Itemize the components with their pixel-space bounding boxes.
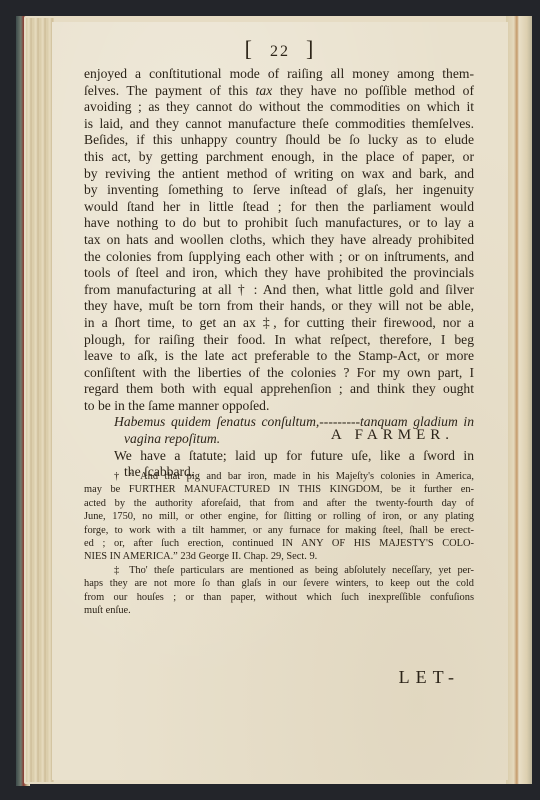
bracket-open: [ xyxy=(245,36,254,61)
text-italic: tax xyxy=(256,83,273,98)
text-line: the colonies from ſupplying each other w… xyxy=(84,249,474,266)
text-line: enjoyed a conſtitutional mode of raiſing… xyxy=(84,66,474,83)
body-text: enjoyed a conſtitutional mode of raiſing… xyxy=(84,66,474,481)
text-line: to be in the ſame manner oppoſed. xyxy=(84,398,474,415)
double-dagger-mark: ‡ xyxy=(114,565,123,576)
text-line: ſelves. The payment of this tax they hav… xyxy=(84,83,474,100)
text-line: conſiſtent with the liberties of the col… xyxy=(84,365,474,382)
text-line: have nothing to do but to prohibit ſuch … xyxy=(84,215,474,232)
footnote-line: muſt enſue. xyxy=(84,604,474,617)
text-line: is laid, and they cannot manufacture the… xyxy=(84,116,474,133)
page-number: 22 xyxy=(270,43,290,60)
text-line: from manufacturing at all † : And then, … xyxy=(84,282,474,299)
page-stack-edges xyxy=(26,18,54,782)
footnotes: † “ And that pig and bar iron, made in h… xyxy=(84,470,474,617)
translation-line: We have a ſtatute; laid up for future uſ… xyxy=(84,448,474,465)
text-segment: they have no poſſible method of xyxy=(272,83,474,98)
footnote-line: † “ And that pig and bar iron, made in h… xyxy=(84,470,474,483)
footnote-line: June, 1750, no mill, or other engine, fo… xyxy=(84,510,474,523)
footnote-line: NIES IN AMERICA.” 23d George II. Chap. 2… xyxy=(84,550,474,563)
footnote-line: haps they are not more ſo than glaſs in … xyxy=(84,577,474,590)
text-line: by reviving the antient method of writin… xyxy=(84,166,474,183)
footnote-text: “ And that pig and bar iron, made in his… xyxy=(130,471,474,482)
text-line: would ſtand her in little ſtead ; for th… xyxy=(84,199,474,216)
bracket-close: ] xyxy=(306,36,315,61)
text-segment: ſelves. The payment of this xyxy=(84,83,256,98)
page-header: [22] xyxy=(52,36,508,62)
footnote-line: forge, to work with a tilt hammer, or an… xyxy=(84,524,474,537)
text-line: they have, muſt be torn from their hands… xyxy=(84,298,474,315)
text-line: this act, by getting parchment enough, i… xyxy=(84,149,474,166)
footnote-line: ed ; or, after ſuch erection, continued … xyxy=(84,537,474,550)
book-gutter-right xyxy=(506,16,532,784)
text-line: Beſides, if this unhappy country ſhould … xyxy=(84,132,474,149)
text-line: leave to aſk, is the late act preferable… xyxy=(84,348,474,365)
text-line: tools of ſteel and iron, which they have… xyxy=(84,265,474,282)
footnote-line: from our houſes ; or than paper, without… xyxy=(84,591,474,604)
footnote-line: acted by the authority aforeſaid, that f… xyxy=(84,497,474,510)
catchword: LET- xyxy=(399,667,460,688)
text-line: regard them both with equal apprehenſion… xyxy=(84,381,474,398)
signature: A FARMER. xyxy=(52,427,454,444)
text-line: avoiding ; as they cannot do without the… xyxy=(84,99,474,116)
text-line: in a ſhort time, to get an ax ‡, for cut… xyxy=(84,315,474,332)
footnote-line: may be FURTHER MANUFACTURED IN THIS KING… xyxy=(84,483,474,496)
text-line: tax on hats and woollen cloths, which th… xyxy=(84,232,474,249)
book-page: [22] enjoyed a conſtitutional mode of ra… xyxy=(52,22,508,780)
dagger-mark: † xyxy=(114,471,123,482)
footnote-text: Tho' theſe particulars are mentioned as … xyxy=(129,565,474,576)
text-line: plough, for raiſing their food. In what … xyxy=(84,332,474,349)
text-line: by inventing ſomething to ſerve inſtead … xyxy=(84,182,474,199)
footnote-line: ‡ Tho' theſe particulars are mentioned a… xyxy=(84,564,474,577)
